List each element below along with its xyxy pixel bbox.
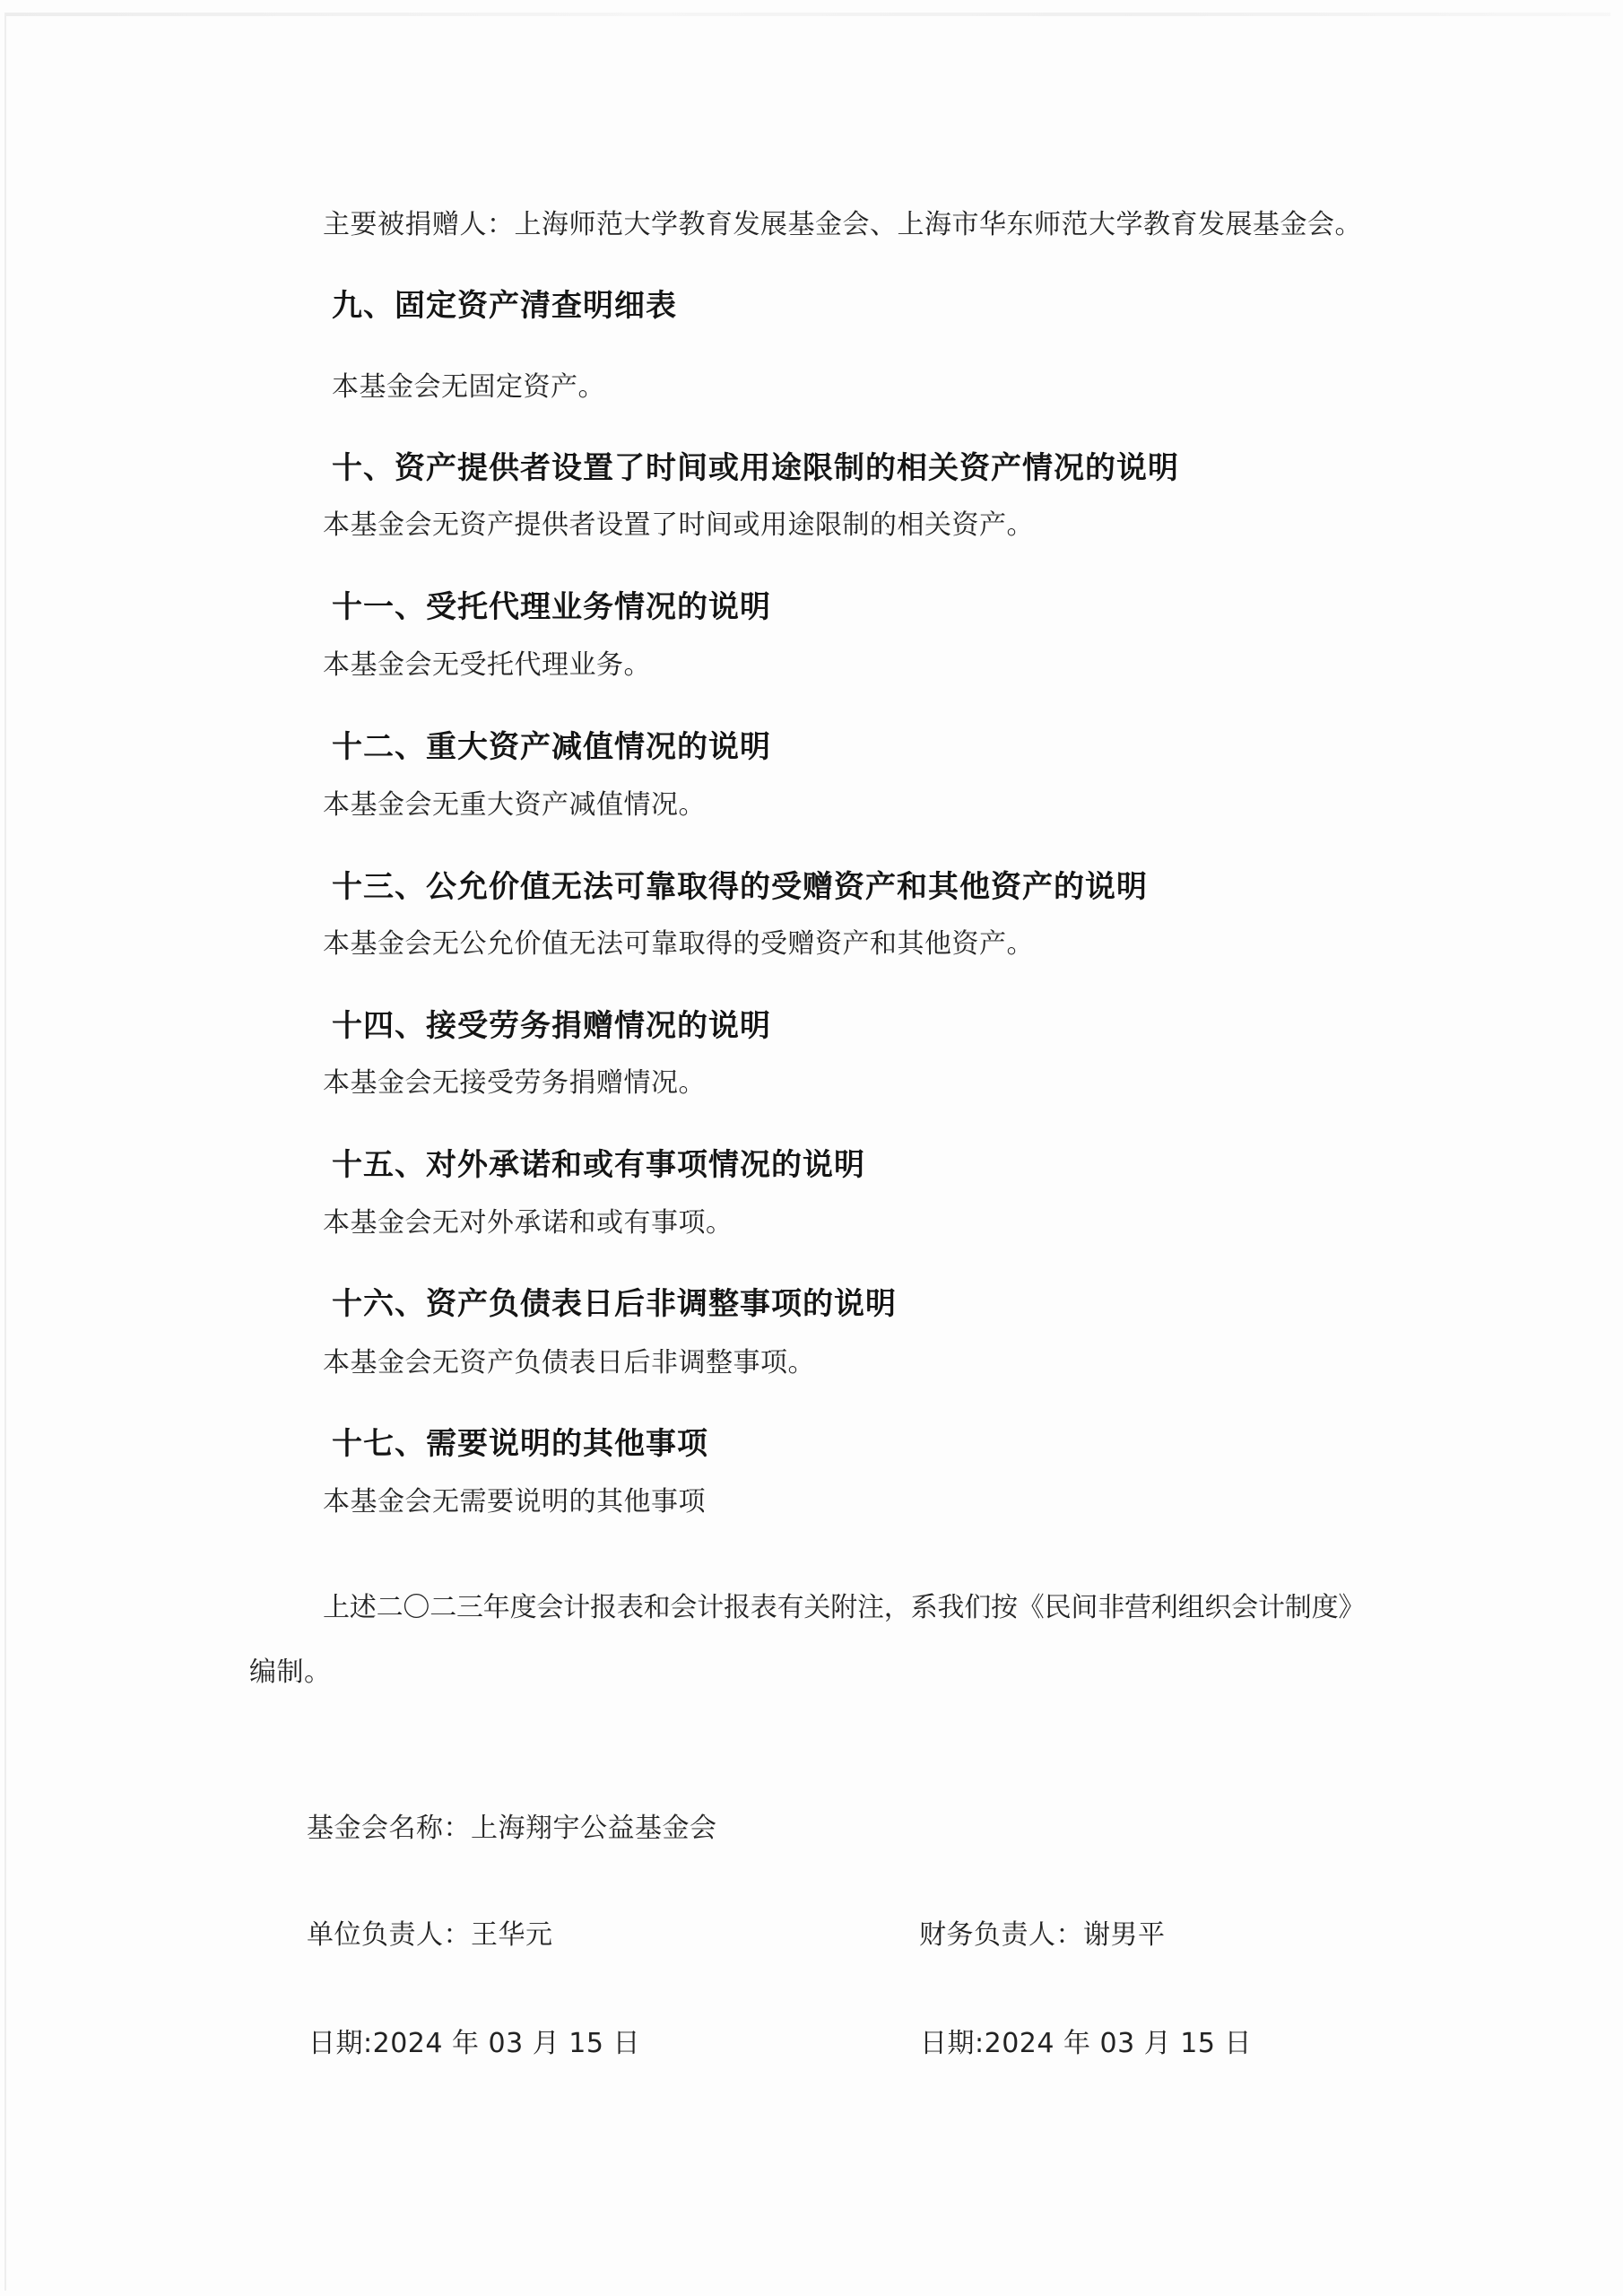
section-body-9: 本基金会无固定资产。 xyxy=(332,374,605,401)
document-page: 主要被捐赠人：上海师范大学教育发展基金会、上海市华东师范大学教育发展基金会。 九… xyxy=(0,0,1623,2296)
section-heading-11: 十一、受托代理业务情况的说明 xyxy=(332,592,771,622)
section-body-10: 本基金会无资产提供者设置了时间或用途限制的相关资产。 xyxy=(323,512,1034,539)
section-body-15: 本基金会无对外承诺和或有事项。 xyxy=(323,1210,733,1237)
scan-edge-left xyxy=(4,13,6,2291)
section-heading-13: 十三、公允价值无法可靠取得的受赠资产和其他资产的说明 xyxy=(332,872,1148,902)
unit-head-date: 日期:2024 年 03 月 15 日 xyxy=(308,2031,640,2057)
closing-statement-line1: 上述二〇二三年度会计报表和会计报表有关附注，系我们按《民间非营利组织会计制度》 xyxy=(323,1595,1365,1622)
closing-statement-line2: 编制。 xyxy=(249,1659,332,1686)
section-heading-17: 十七、需要说明的其他事项 xyxy=(332,1429,708,1459)
section-body-14: 本基金会无接受劳务捐赠情况。 xyxy=(323,1070,706,1097)
section-heading-16: 十六、资产负债表日后非调整事项的说明 xyxy=(332,1289,897,1319)
donee-line: 主要被捐赠人：上海师范大学教育发展基金会、上海市华东师范大学教育发展基金会。 xyxy=(323,212,1362,239)
unit-head: 单位负责人：王华元 xyxy=(307,1922,553,1949)
section-body-11: 本基金会无受托代理业务。 xyxy=(323,652,651,679)
section-heading-15: 十五、对外承诺和或有事项情况的说明 xyxy=(332,1150,865,1180)
foundation-name: 基金会名称：上海翔宇公益基金会 xyxy=(307,1815,717,1842)
section-heading-9: 九、固定资产清查明细表 xyxy=(332,291,677,321)
finance-head: 财务负责人：谢男平 xyxy=(919,1922,1166,1949)
section-heading-12: 十二、重大资产减值情况的说明 xyxy=(332,732,771,762)
scan-edge-top xyxy=(5,13,1610,16)
section-body-17: 本基金会无需要说明的其他事项 xyxy=(323,1489,706,1516)
finance-head-date: 日期:2024 年 03 月 15 日 xyxy=(920,2031,1252,2057)
section-heading-14: 十四、接受劳务捐赠情况的说明 xyxy=(332,1011,771,1041)
section-body-12: 本基金会无重大资产减值情况。 xyxy=(323,792,706,819)
section-body-13: 本基金会无公允价值无法可靠取得的受赠资产和其他资产。 xyxy=(323,931,1034,958)
section-body-16: 本基金会无资产负债表日后非调整事项。 xyxy=(323,1350,815,1377)
section-heading-10: 十、资产提供者设置了时间或用途限制的相关资产情况的说明 xyxy=(332,453,1179,483)
